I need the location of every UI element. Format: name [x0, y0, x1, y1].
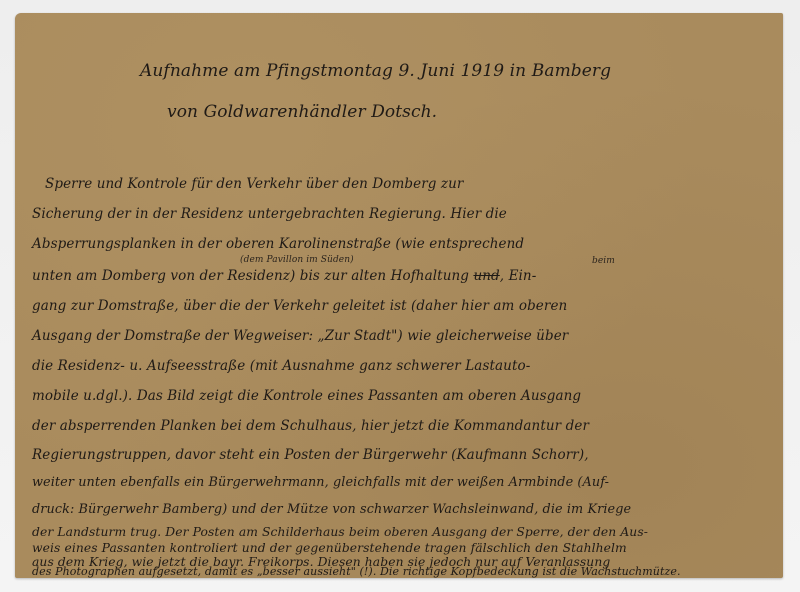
- body-line: Sperre und Kontrole für den Verkehr über…: [45, 176, 463, 192]
- heading-line-2: von Goldwarenhändler Dotsch.: [167, 102, 437, 122]
- body-line: Ausgang der Domstraße der Wegweiser: „Zu…: [32, 328, 568, 344]
- heading-line-1: Aufnahme am Pfingstmontag 9. Juni 1919 i…: [140, 61, 611, 81]
- body-line: Sicherung der in der Residenz untergebra…: [32, 206, 507, 222]
- insertion-note: (dem Pavillon im Süden): [240, 255, 354, 265]
- body-line: weiter unten ebenfalls ein Bürgerwehrman…: [32, 475, 609, 490]
- body-line: mobile u.dgl.). Das Bild zeigt die Kontr…: [32, 388, 581, 404]
- body-line: druck: Bürgerwehr Bamberg) und der Mütze…: [32, 502, 631, 517]
- body-line: Absperrungsplanken in der oberen Karolin…: [32, 236, 524, 252]
- body-line-text: unten am Domberg von der Residenz) bis z…: [32, 268, 469, 284]
- body-line: Regierungstruppen, davor steht ein Poste…: [32, 447, 589, 463]
- body-line: gang zur Domstraße, über die der Verkehr…: [32, 298, 567, 314]
- archival-card: Aufnahme am Pfingstmontag 9. Juni 1919 i…: [15, 13, 783, 578]
- body-line: der absperrenden Planken bei dem Schulha…: [32, 418, 589, 434]
- body-line: unten am Domberg von der Residenz) bis z…: [32, 268, 536, 284]
- insertion-note: beim: [592, 256, 615, 266]
- struck-word: und: [473, 268, 499, 284]
- body-line: weis eines Passanten kontroliert und der…: [32, 541, 627, 555]
- line-continuation: , Ein-: [500, 268, 537, 284]
- body-line: der Landsturm trug. Der Posten am Schild…: [32, 525, 648, 539]
- body-line: die Residenz- u. Aufseesstraße (mit Ausn…: [32, 358, 530, 374]
- body-line: des Photographen aufgesetzt, damit es „b…: [32, 565, 681, 578]
